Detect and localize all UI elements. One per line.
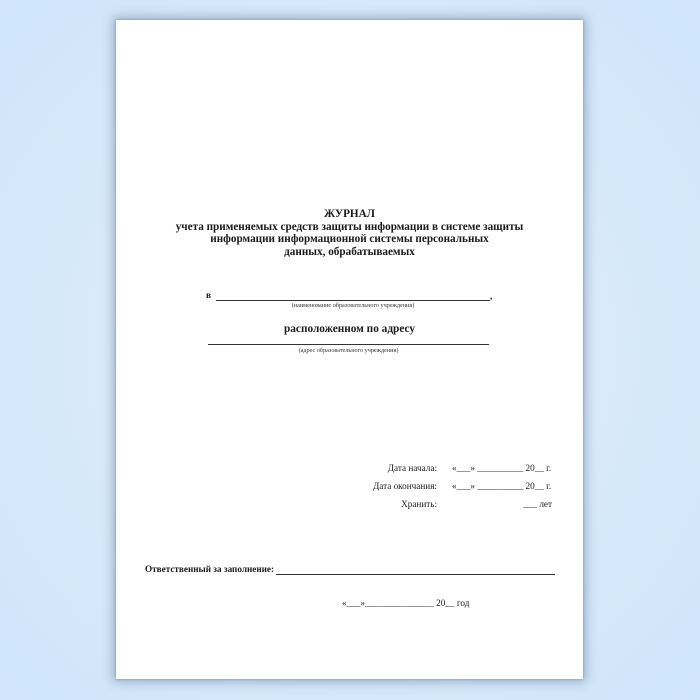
institution-address-line[interactable] xyxy=(208,344,489,345)
start-date-value[interactable]: «___» __________ 20__ г. xyxy=(452,463,551,473)
responsible-line[interactable] xyxy=(276,574,555,575)
institution-name-line[interactable] xyxy=(216,300,490,301)
start-date-label: Дата начала: xyxy=(388,463,437,473)
end-date-value[interactable]: «___» __________ 20__ г. xyxy=(452,481,551,491)
document-page: ЖУРНАЛ учета применяемых средств защиты … xyxy=(116,20,583,679)
end-date-label: Дата окончания: xyxy=(373,481,437,491)
document-subtitle-line-3: данных, обрабатываемых xyxy=(116,246,583,259)
address-heading: расположенном по адресу xyxy=(116,323,583,335)
institution-address-caption: (адрес образовательного учреждения) xyxy=(208,347,489,354)
in-suffix: , xyxy=(490,291,492,301)
document-subtitle-line-2: информации информационной системы персон… xyxy=(116,233,583,246)
institution-name-caption: (наименование образовательного учреждени… xyxy=(216,302,490,309)
document-title: ЖУРНАЛ xyxy=(116,208,583,221)
footer-date[interactable]: «___»_______________ 20__ год xyxy=(342,598,469,608)
keep-value[interactable]: ___ лет xyxy=(523,499,552,509)
in-prefix: в xyxy=(206,290,211,300)
responsible-label: Ответственный за заполнение: xyxy=(145,564,274,574)
keep-label: Хранить: xyxy=(401,499,437,509)
document-title-block: ЖУРНАЛ учета применяемых средств защиты … xyxy=(116,208,583,258)
document-subtitle-line-1: учета применяемых средств защиты информа… xyxy=(116,221,583,234)
